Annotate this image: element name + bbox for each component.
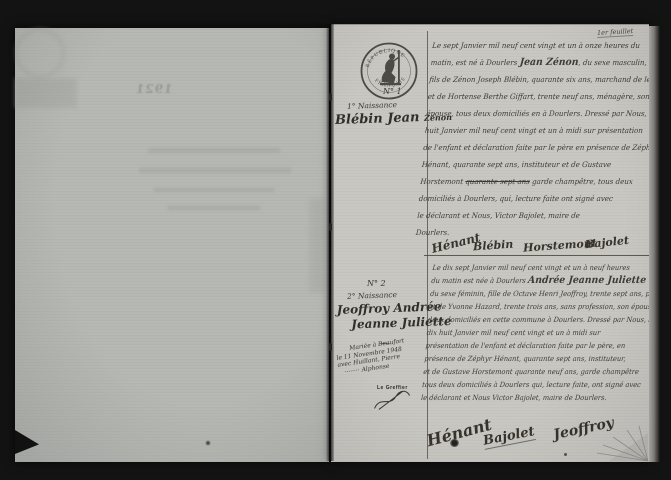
record2-line: du sexe féminin, fille de Octave Henri J… [430,287,638,300]
record2-line: dix huit Janvier mil neuf cent vingt et … [426,326,634,339]
bleed-through-block [15,78,77,108]
record2-birth-line: du matin est née à Dourlers Andrée Jeann… [431,274,639,287]
record1-birth-pre: matin, est né à Dourlers [430,58,520,67]
record1-strike-pre: Horstemont [420,177,466,186]
record1-line: de l'enfant et déclaration faite par le … [423,139,631,156]
page-corner-fold [587,422,649,462]
record1-line: fils de Zénon Joseph Blébin, quarante si… [429,71,637,88]
record1-margin-order: 1° Naissance [347,100,397,111]
signature-blebin: Blébin [473,238,514,254]
ink-spot [206,441,210,445]
page-corner-notch [15,430,39,454]
record1-line: Le sept Janvier mil neuf cent vingt et u… [432,37,640,54]
bleed-through-line [168,206,260,210]
bleed-through-line [154,188,274,192]
ink-spot [564,453,567,456]
record1-strike-line: Horstemont quarante sept ans garde champ… [420,173,628,190]
record1-struck-words: quarante sept ans [465,177,530,186]
record1-line: domiciliés à Dourlers, qui, lecture fait… [418,190,626,207]
binding-stitch [329,93,332,101]
register-scan: 1921 1er feuillet RÉPUBLIQUE FRANÇAISE [0,0,671,480]
record2-birth-pre: du matin est née à Dourlers [431,276,528,285]
bleed-through-stamp [15,28,65,78]
record2-line: deux domiciliés en cette commune à Dourl… [427,313,635,326]
record2-line: et de Yvonne Hazard, trente trois ans, s… [428,300,636,313]
ink-blot [450,439,459,447]
record2-margin-number: N° 2 [367,279,386,288]
record2-line: tous deux domiciliés à Dourlers qui, lec… [422,378,630,391]
record2-line: présence de Zéphyr Hénant, quarante sept… [424,352,632,365]
record1-margin-name-main: Blébin Jean [335,110,420,128]
record1-line: Hénant, quarante sept ans, instituteur e… [421,156,629,173]
record1-line: huit Janvier mil neuf cent vingt et un à… [424,122,632,139]
record1-line: le déclarant et Nous, Victor Bajolet, ma… [417,207,625,224]
record-separator-line [424,255,649,256]
record2-line: Le dix sept Janvier mil neuf cent vingt … [432,261,640,274]
bleed-through-line [139,168,291,173]
record2-line: et de Gustave Horstemont quarante neuf a… [423,365,631,378]
record2-line: le déclarant et Nous Victor Bajolet, mai… [420,391,628,404]
record1-act-text: Le sept Janvier mil neuf cent vingt et u… [415,37,639,241]
left-page: 1921 [15,28,329,462]
record1-line: et de Hortense Berthe Giffart, trente ne… [427,88,635,105]
book-gutter [326,24,334,461]
record2-child-name: Andrée Jeanne Juliette [527,275,646,286]
page-stack-edge [649,26,660,462]
binding-stitch [329,343,332,351]
record1-margin-number: N° 1 [383,87,402,96]
bleed-through-line [148,148,280,153]
record1-strike-post: garde champêtre, tous deux [529,177,633,186]
right-page: 1er feuillet RÉPUBLIQUE FRANÇAISE [331,24,649,462]
record1-line: épouse, tous deux domiciliés en à Dourle… [426,105,634,122]
bleed-through-ornament [309,198,325,293]
record1-birth-post: , du sexe masculin, [578,58,647,67]
record1-child-name: Jean Zénon [519,57,579,68]
binding-stitch [329,223,332,231]
record2-act-text: Le dix sept Janvier mil neuf cent vingt … [420,261,639,404]
record2-line: présentation de l'enfant et déclaration … [425,339,633,352]
record2-margin-order: 2° Naissance [347,290,397,301]
bleed-through-year: 1921 [134,82,173,96]
record1-birth-line: matin, est né à Dourlers Jean Zénon, du … [430,54,638,71]
